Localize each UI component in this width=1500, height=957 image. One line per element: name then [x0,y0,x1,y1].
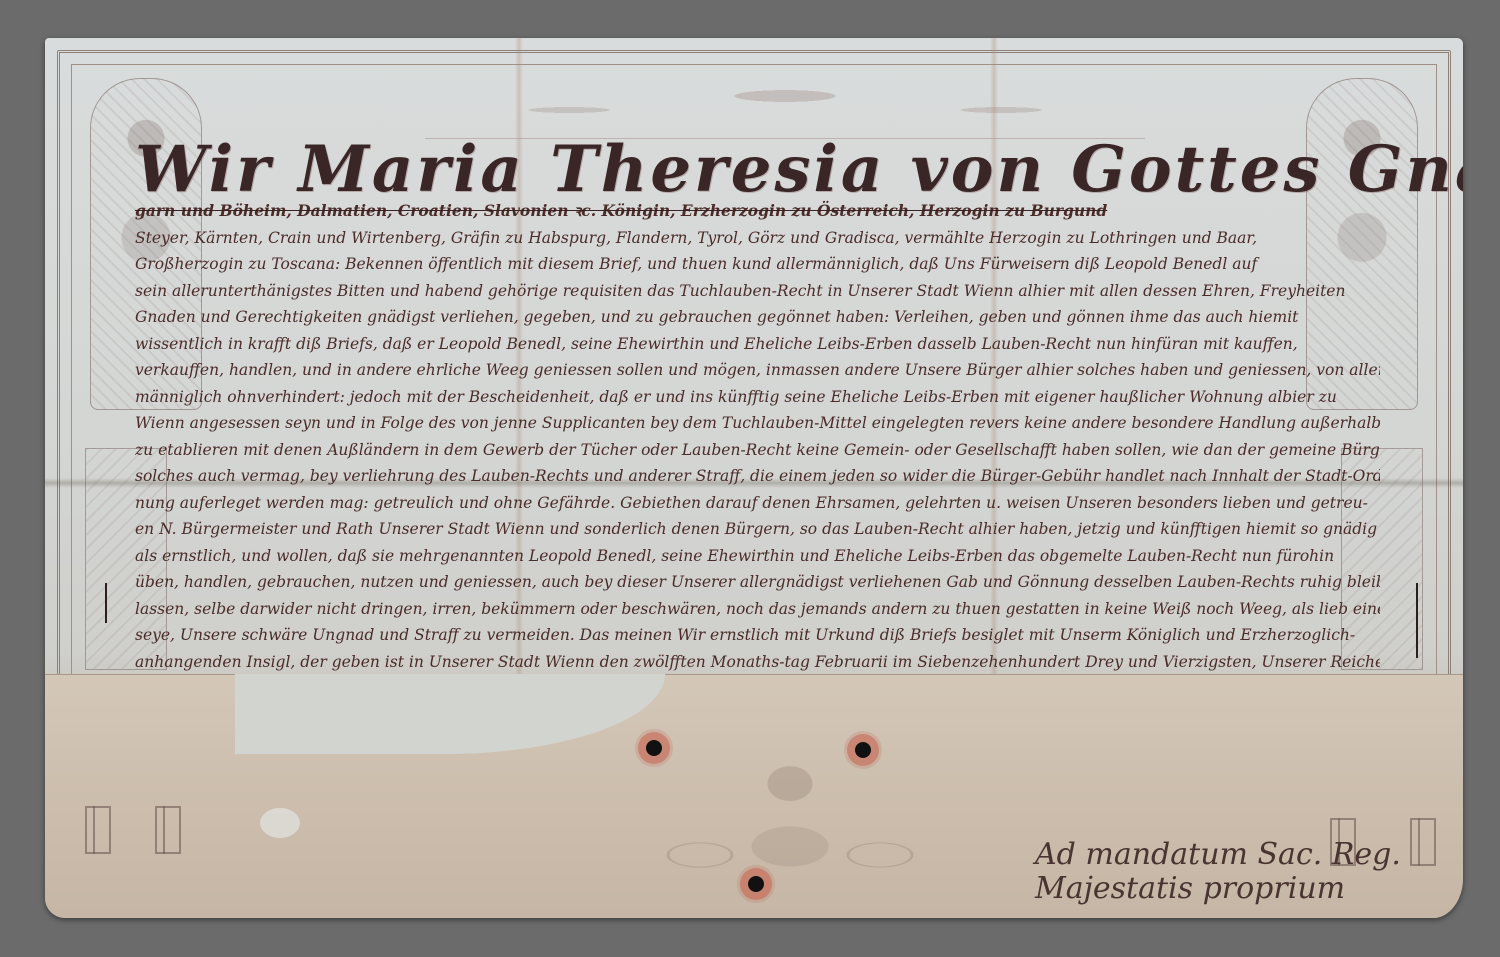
left-margin-mark [105,583,107,623]
body-line: Steyer, Kärnten, Crain und Wirtenberg, G… [135,225,1380,252]
body-line: en N. Bürgermeister und Rath Unserer Sta… [135,516,1380,543]
body-line: verkauffen, handlen, und in andere ehrli… [135,357,1380,384]
body-line: lassen, selbe darwider nicht dringen, ir… [135,596,1380,623]
body-line: Wienn angesessen seyn und in Folge des v… [135,410,1380,437]
document-body: garn und Böheim, Dalmatien, Croatien, Sl… [135,198,1380,702]
body-line: seye, Unsere schwäre Ungnad und Straff z… [135,622,1380,649]
seal-hole-right [855,742,871,758]
body-line: als ernstlich, und wollen, daß sie mehrg… [135,543,1380,570]
seal-hole-bottom [748,876,764,892]
body-line: nung auferleget werden mag: getreulich u… [135,490,1380,517]
body-line: Gnaden und Gerechtigkeiten gnädigst verl… [135,304,1380,331]
body-line: solches auch vermag, bey verliehrung des… [135,463,1380,490]
body-line: zu etablieren mit denen Außländern in de… [135,437,1380,464]
body-line: männiglich ohnverhindert: jedoch mit der… [135,384,1380,411]
body-line: sein allerunterthänigstes Bitten und hab… [135,278,1380,305]
signature-line-1: Ad mandatum Sac. Reg. [1035,838,1401,872]
top-garland-ornament [425,68,1145,139]
body-line: wissentlich in krafft diß Briefs, daß er… [135,331,1380,358]
seal-hole-left [646,740,662,756]
body-line: Großherzogin zu Toscana: Bekennen öffent… [135,251,1380,278]
parchment-document: Wir Maria Theresia von Gottes Gnaden in … [45,38,1463,918]
greek-key-ornament-right-2 [1410,818,1436,866]
wear-spot [260,808,300,838]
countersignature: Ad mandatum Sac. Reg. Majestatis propriu… [1035,838,1401,906]
baroque-cartouche-ornament [610,753,970,918]
greek-key-ornament-left-2 [155,806,181,854]
body-line: üben, handlen, gebrauchen, nutzen und ge… [135,569,1380,596]
body-line: anhangenden Insigl, der geben ist in Uns… [135,649,1380,676]
greek-key-ornament-left-1 [85,806,111,854]
signature-line-2: Majestatis proprium [1035,872,1401,906]
right-margin-mark [1416,583,1418,658]
body-line: garn und Böheim, Dalmatien, Croatien, Sl… [135,198,1380,225]
